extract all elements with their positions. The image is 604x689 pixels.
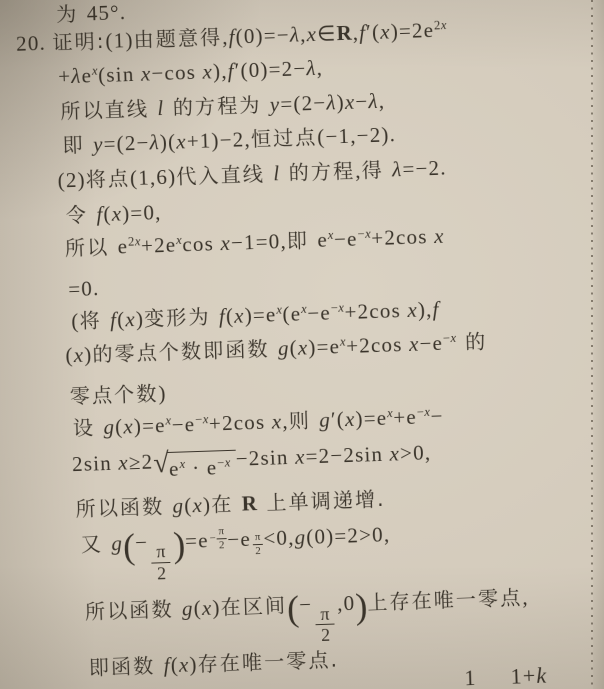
text-segment: 零点个数 <box>69 381 158 408</box>
fraction: π2 <box>151 542 171 583</box>
text-segment: 又 <box>80 531 111 556</box>
fraction-numerator: π <box>216 526 226 539</box>
text-segment: 的 <box>456 329 487 354</box>
text-segment: x <box>434 224 445 248</box>
text-segment: x <box>345 407 356 431</box>
text-segment: 45°. <box>86 0 126 25</box>
text-segment: +2cos <box>371 224 435 250</box>
text-segment: x <box>179 652 190 676</box>
text-segment: =0. <box>68 276 100 301</box>
text-segment: x <box>380 19 391 43</box>
fraction-numerator: π <box>315 604 335 625</box>
square-root: √ex · e−x <box>153 450 236 483</box>
text-segment: =(2− <box>280 91 327 117</box>
text-segment: 变形为 <box>144 304 220 330</box>
text-segment: <0 <box>263 525 289 550</box>
text-segment: −2sin <box>235 445 295 471</box>
text-segment: 令 <box>65 202 96 227</box>
text-segment: =−2. <box>402 156 447 181</box>
text-segment: )=e <box>355 406 388 431</box>
text-segment: −e <box>307 301 331 326</box>
text-segment: 的零点个数即函数 <box>92 336 278 366</box>
proof-line-16: 所以函数 g(x)在区间(−π2,0)上存在唯一零点, <box>85 584 531 653</box>
text-segment: −e <box>334 227 358 252</box>
text-segment: k <box>536 663 548 688</box>
text-segment: ,0 <box>337 591 356 616</box>
fraction-numerator: π <box>253 532 263 545</box>
text-segment: >0 <box>400 440 426 465</box>
proof-line-8: =0. <box>68 275 100 302</box>
text-segment: 代入直线 <box>176 161 274 188</box>
fraction-denominator: 2 <box>157 563 167 583</box>
text-segment: x <box>441 18 448 32</box>
text-segment: 恒过点 <box>250 125 317 151</box>
text-segment: 20. <box>16 31 53 56</box>
text-segment: x <box>73 343 84 367</box>
proof-line-2: +λex(sin x−cos x),f′(0)=2−λ, <box>58 55 324 90</box>
text-segment: 设 <box>72 415 103 440</box>
text-segment: 在区间 <box>220 593 287 619</box>
text-segment: (sin <box>98 62 142 87</box>
text-segment: (1,6) <box>130 165 177 191</box>
proof-line-12: 设 g(x)=ex−e−x+2cos x,则 g′(x)=ex+e−x− <box>72 403 444 442</box>
text-segment: 得 <box>361 157 392 182</box>
text-segment: (2) <box>57 168 86 193</box>
text-segment: x <box>123 414 134 438</box>
text-segment: + <box>58 64 72 88</box>
next-answer-fragment: 11+k <box>464 662 548 689</box>
text-segment: )=e <box>133 413 166 438</box>
text-segment: =2−2sin <box>305 442 390 469</box>
text-segment: =(2− <box>103 130 150 156</box>
text-segment: 所以函数 <box>85 597 183 624</box>
text-segment: 由题意得 <box>133 25 222 52</box>
text-segment: 上存在唯一零点 <box>367 585 523 614</box>
text-segment: − <box>430 404 444 428</box>
text-segment: 的方程为 <box>164 92 270 119</box>
text-segment: 上单调递增. <box>258 487 386 515</box>
text-segment: , <box>378 89 385 113</box>
text-segment: ∈ <box>317 21 337 46</box>
text-segment: x <box>295 444 306 468</box>
text-segment: (0)=− <box>235 23 290 49</box>
text-segment: , <box>383 522 390 546</box>
text-segment: 将点 <box>85 166 130 191</box>
text-segment: )( <box>159 130 176 155</box>
proof-line-15: 又 g(−π2)=e−π2−eπ2<0,g(0)=2>0, <box>80 521 391 586</box>
text-segment: 即 <box>286 228 317 253</box>
fraction: π2 <box>315 604 335 645</box>
text-segment: g <box>182 596 194 620</box>
text-segment: =e <box>185 528 209 553</box>
text-segment: )=e <box>308 334 341 359</box>
text-segment: 即 <box>62 132 93 157</box>
text-segment: 所以 <box>65 235 119 261</box>
fraction-numerator: π <box>151 542 171 563</box>
text-segment: x <box>125 307 136 331</box>
tiny-fraction: π2 <box>253 532 263 557</box>
proof-line-14: 所以函数 g(x)在 R 上单调递增. <box>75 486 386 523</box>
fraction-denominator: 2 <box>219 539 225 551</box>
proof-line-6: 令 f(x)=0, <box>65 199 162 228</box>
proof-line-11: 零点个数) <box>69 380 167 409</box>
text-segment: g <box>294 525 306 549</box>
text-segment: +2e <box>141 233 177 258</box>
proof-line-10: (x)的零点个数即函数 g(x)=ex+2cos x−e−x 的 <box>65 328 488 368</box>
tiny-fraction: π2 <box>216 526 226 551</box>
text-segment: − <box>355 89 369 113</box>
text-segment: (−1,−2). <box>317 122 397 149</box>
photographed-answer-page: 为 45°.20. 证明:(1)由题意得,f(0)=−λ,x∈R,f′(x)=2… <box>0 0 604 689</box>
fraction-denominator: 2 <box>255 545 261 557</box>
proof-line-5: (2)将点(1,6)代入直线 l 的方程,得 λ=−2. <box>57 155 447 194</box>
text-segment: +e <box>393 405 417 430</box>
text-segment: − <box>135 530 149 554</box>
text-segment: , <box>155 200 162 224</box>
text-segment: (e <box>282 301 302 326</box>
text-segment: +1)−2 <box>186 127 244 153</box>
solution-text-block: 为 45°.20. 证明:(1)由题意得,f(0)=−λ,x∈R,f′(x)=2… <box>0 0 604 689</box>
text-segment: 所以函数 <box>75 494 173 521</box>
text-segment: 1 <box>464 665 477 689</box>
proof-line-7: 所以 e2x+2excos x−1=0,即 ex−e−x+2cos x <box>64 223 445 262</box>
text-segment: x <box>118 450 129 474</box>
text-segment: )=e <box>244 302 277 327</box>
fraction-denominator: 2 <box>321 625 331 645</box>
prev-answer-tail-line: 为 45°. <box>56 0 127 28</box>
text-segment: , <box>424 440 431 464</box>
text-segment: ′(0)=2− <box>234 56 306 82</box>
text-segment: +2cos <box>346 332 410 358</box>
text-segment: ′( <box>366 20 381 44</box>
text-segment: 证明: <box>52 29 106 55</box>
text-segment: −1=0 <box>231 229 281 255</box>
text-segment: −e <box>419 331 443 356</box>
text-segment: (0)=2>0 <box>306 522 384 549</box>
text-segment: · <box>185 456 207 481</box>
text-segment: 则 <box>288 408 319 433</box>
text-segment: cos <box>182 231 221 256</box>
text-segment: −e <box>171 412 195 437</box>
text-segment: 2sin <box>72 451 119 477</box>
text-segment: 即函数 <box>88 653 164 679</box>
text-segment: g <box>172 493 184 517</box>
text-segment: (1) <box>105 28 134 53</box>
text-segment: R <box>241 491 258 516</box>
proof-line-4: 即 y=(2−λ)(x+1)−2,恒过点(−1,−2). <box>62 121 396 158</box>
text-segment: x <box>407 298 418 322</box>
text-segment: − <box>299 592 313 616</box>
text-segment: +2cos <box>344 298 408 324</box>
text-segment: −cos <box>151 60 203 86</box>
text-segment: x <box>202 59 213 83</box>
text-segment: +2cos <box>209 410 273 436</box>
text-segment: f <box>432 297 440 321</box>
perforation-dotted-line <box>591 0 593 689</box>
radicand: ex · e−x <box>167 450 237 483</box>
proof-line-3: 所以直线 l 的方程为 y=(2−λ)x−λ, <box>60 88 386 125</box>
text-segment: x <box>225 456 232 470</box>
proof-line-13: 2sin x≥2√ex · e−x−2sin x=2−2sin x>0, <box>72 439 432 485</box>
text-segment: 将 <box>79 308 110 333</box>
text-segment: e <box>81 63 92 87</box>
text-segment: ≥2 <box>128 449 153 474</box>
text-segment: 1+ <box>510 663 537 689</box>
text-segment: , <box>522 585 529 609</box>
text-segment: 的方程 <box>280 159 356 185</box>
text-segment: )=0 <box>122 200 156 225</box>
text-segment: ′( <box>331 407 346 431</box>
text-segment: 在 <box>211 492 242 517</box>
proof-line-17: 即函数 f(x)存在唯一零点. <box>88 646 339 681</box>
text-segment: , <box>316 56 323 80</box>
exponent-sign: − <box>209 533 216 544</box>
text-segment: R <box>336 21 353 46</box>
page-edge-strip <box>593 0 604 689</box>
proof-line-9: (将 f(x)变形为 f(x)=ex(ex−e−x+2cos x),f <box>71 296 440 334</box>
text-segment: 所以直线 <box>60 96 158 123</box>
text-segment: 存在唯一零点. <box>197 647 339 676</box>
text-segment: 为 <box>56 1 87 26</box>
superscript-fraction: π2 <box>252 532 263 557</box>
text-segment: −e <box>227 527 251 552</box>
text-segment: ) <box>158 381 167 405</box>
text-segment: )=2e <box>390 18 434 43</box>
text-segment: λ <box>306 56 317 80</box>
superscript-fraction: −π2 <box>209 526 226 551</box>
